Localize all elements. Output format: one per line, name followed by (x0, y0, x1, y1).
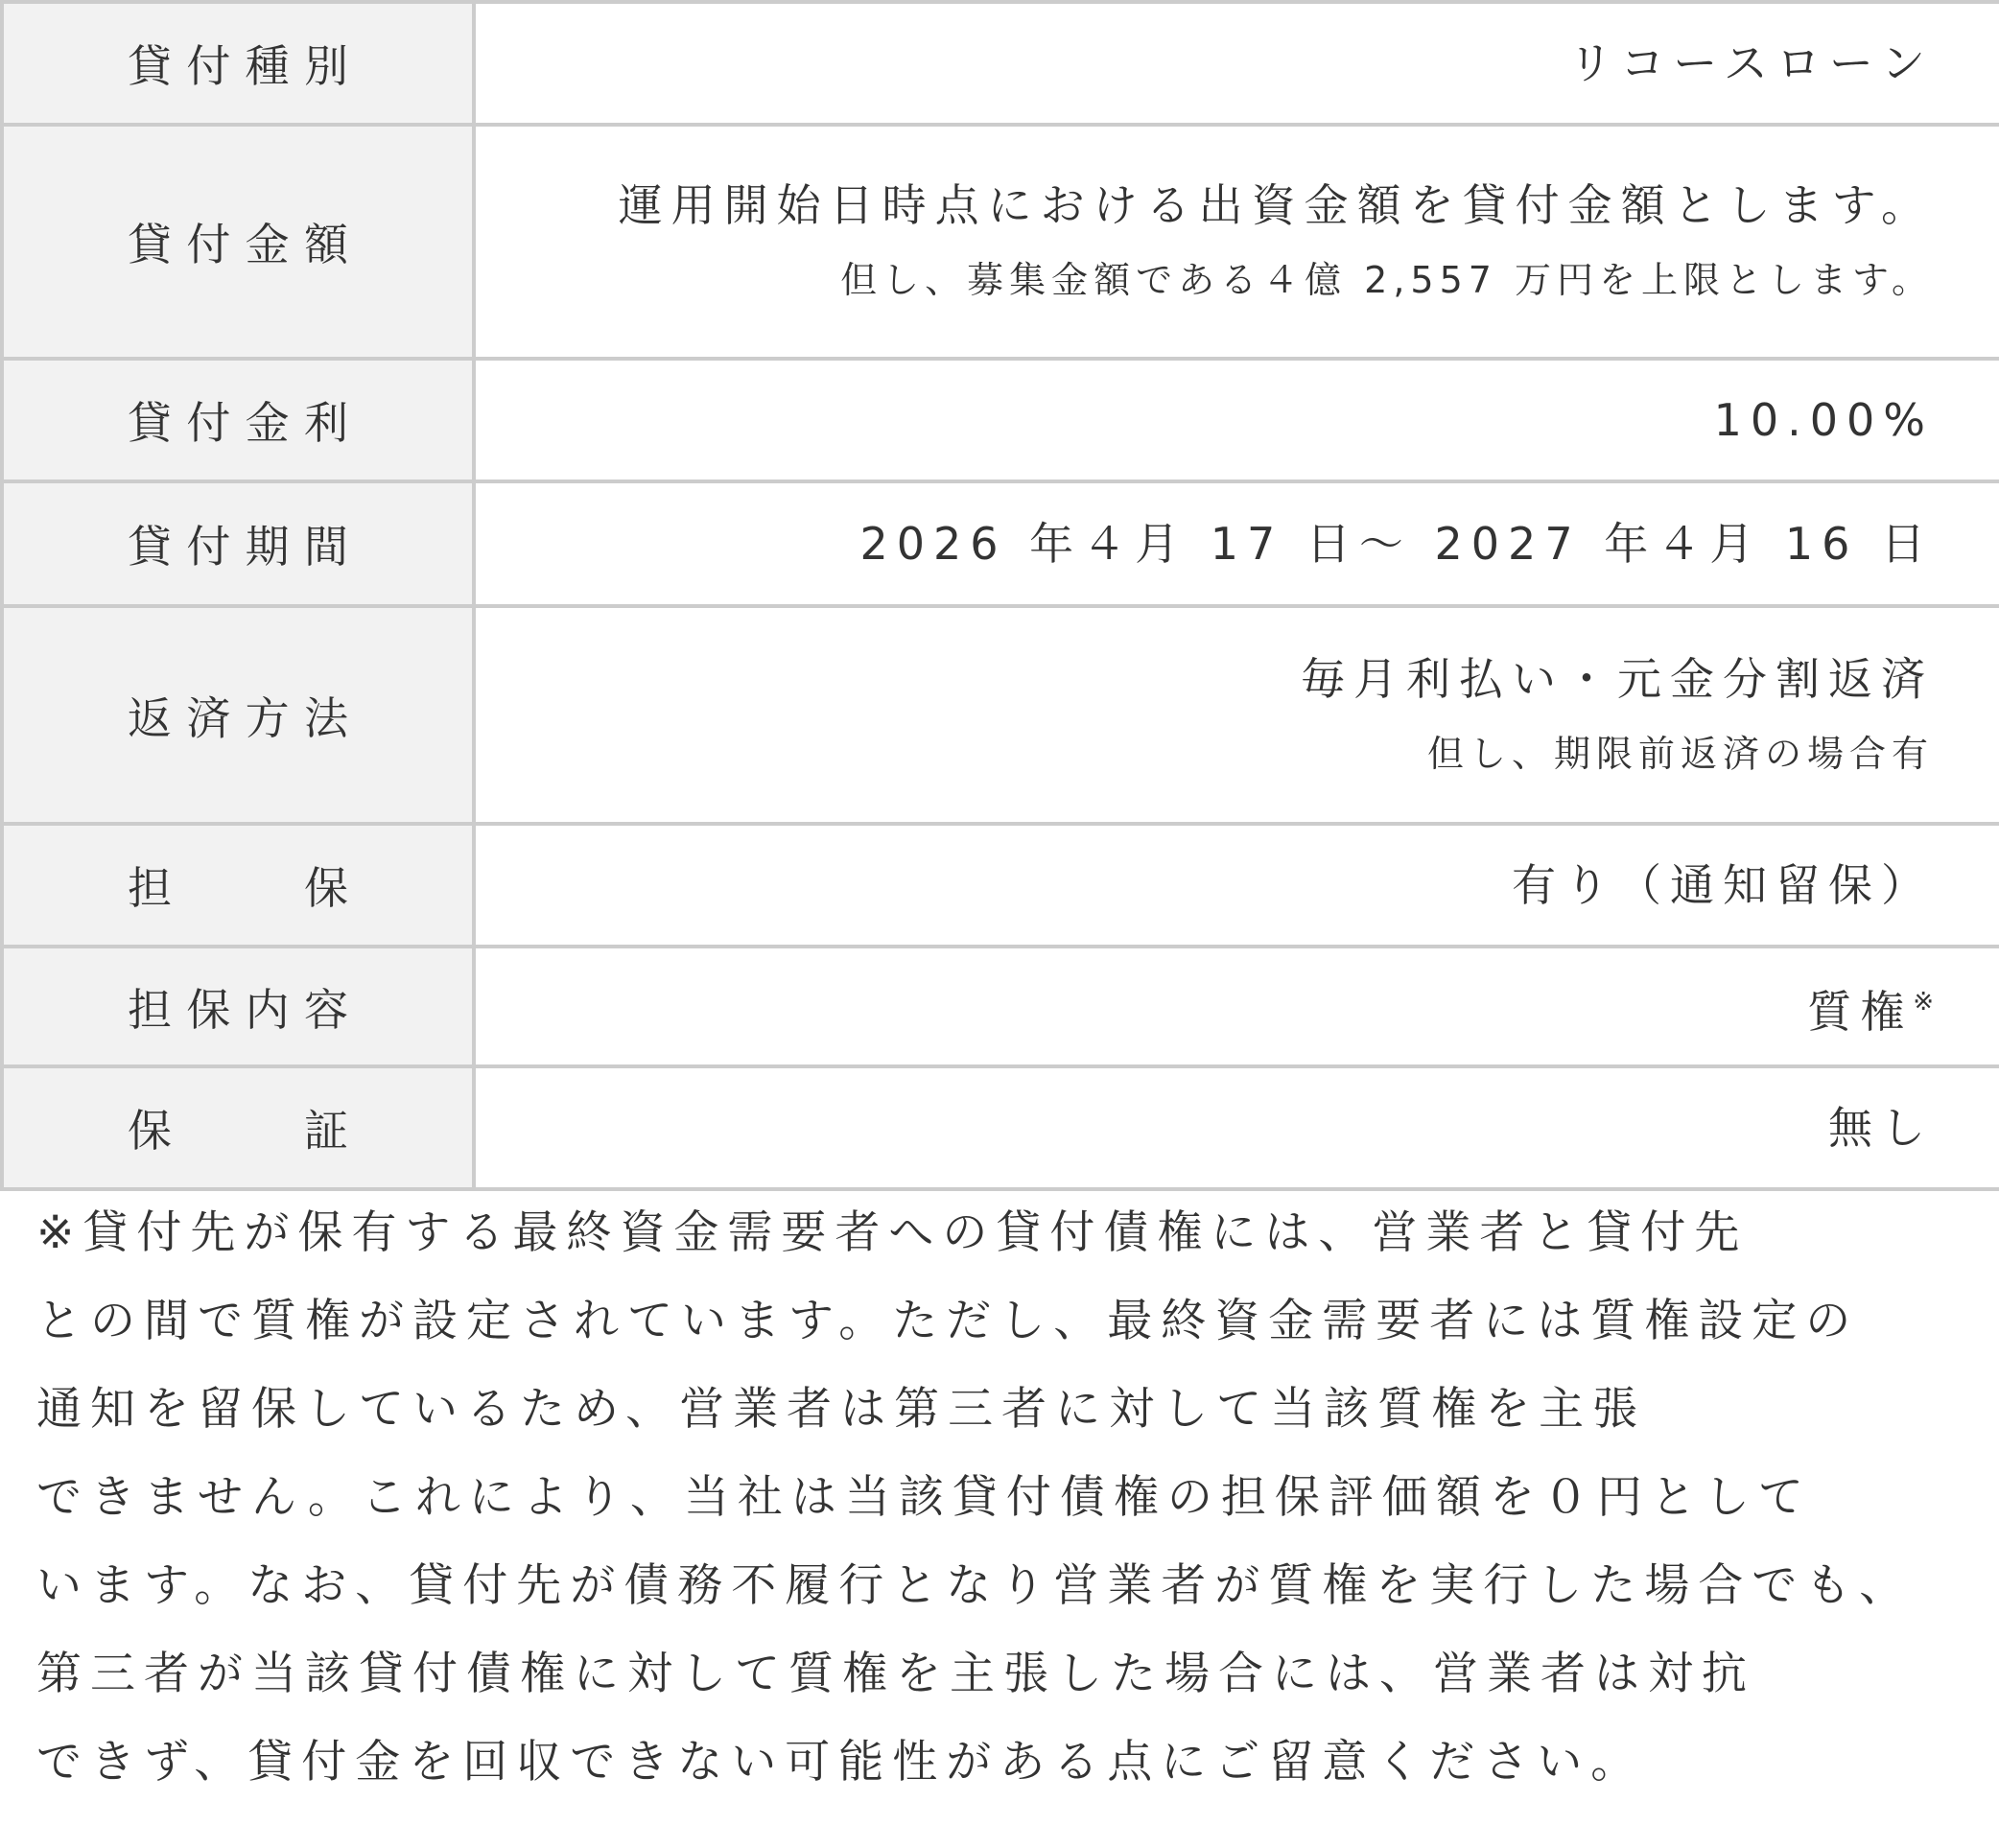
value-interest-rate: 10.00% (474, 359, 1999, 481)
value-guarantee: 無し (474, 1066, 1999, 1189)
row-interest-rate: 貸付金利 10.00% (2, 359, 1999, 481)
row-repayment-method: 返済方法 毎月利払い・元金分割返済 但し、期限前返済の場合有 (2, 606, 1999, 824)
row-guarantee: 保証 無し (2, 1066, 1999, 1189)
value-loan-amount: 運用開始日時点における出資金額を貸付金額とします。 但し、募集金額である４億 2… (474, 125, 1999, 359)
value-collateral-details: 質権※ (474, 947, 1999, 1066)
row-loan-type: 貸付種別 リコースローン (2, 2, 1999, 125)
loan-terms-table: 貸付種別 リコースローン 貸付金額 運用開始日時点における出資金額を貸付金額とし… (0, 0, 1999, 1191)
label-loan-amount: 貸付金額 (2, 125, 474, 359)
row-loan-amount: 貸付金額 運用開始日時点における出資金額を貸付金額とします。 但し、募集金額であ… (2, 125, 1999, 359)
row-collateral-details: 担保内容 質権※ (2, 947, 1999, 1066)
label-collateral-details: 担保内容 (2, 947, 474, 1066)
value-collateral: 有り（通知留保） (474, 824, 1999, 947)
footnote-line: ※貸付先が保有する最終資金需要者への貸付債権には、営業者と貸付先 (36, 1189, 1984, 1277)
repayment-note: 但し、期限前返済の場合有 (476, 727, 1934, 781)
footnote-mark: ※ (1913, 988, 1934, 1017)
footnote-line: との間で質権が設定されています。ただし、最終資金需要者には質権設定の (36, 1277, 1984, 1366)
label-interest-rate: 貸付金利 (2, 359, 474, 481)
value-loan-type: リコースローン (474, 2, 1999, 125)
footnote-line: できず、貸付金を回収できない可能性がある点にご留意ください。 (36, 1719, 1984, 1807)
footnote-line: います。なお、貸付先が債務不履行となり営業者が質権を実行した場合でも、 (36, 1542, 1984, 1630)
label-guarantee: 保証 (2, 1066, 474, 1189)
label-collateral: 担保 (2, 824, 474, 947)
label-loan-period: 貸付期間 (2, 481, 474, 606)
footnote-line: 第三者が当該貸付債権に対して質権を主張した場合には、営業者は対抗 (36, 1630, 1984, 1719)
loan-amount-note: 但し、募集金額である４億 2,557 万円を上限とします。 (476, 253, 1934, 307)
row-loan-period: 貸付期間 2026 年４月 17 日～ 2027 年４月 16 日 (2, 481, 1999, 606)
footnote-line: できません。これにより、当社は当該貸付債権の担保評価額を０円として (36, 1454, 1984, 1542)
row-collateral: 担保 有り（通知留保） (2, 824, 1999, 947)
footnote-line: 通知を留保しているため、営業者は第三者に対して当該質権を主張 (36, 1366, 1984, 1454)
value-repayment-method: 毎月利払い・元金分割返済 但し、期限前返済の場合有 (474, 606, 1999, 824)
value-loan-period: 2026 年４月 17 日～ 2027 年４月 16 日 (474, 481, 1999, 606)
label-repayment-method: 返済方法 (2, 606, 474, 824)
collateral-footnote: ※貸付先が保有する最終資金需要者への貸付債権には、営業者と貸付先 との間で質権が… (36, 1189, 1984, 1807)
label-loan-type: 貸付種別 (2, 2, 474, 125)
